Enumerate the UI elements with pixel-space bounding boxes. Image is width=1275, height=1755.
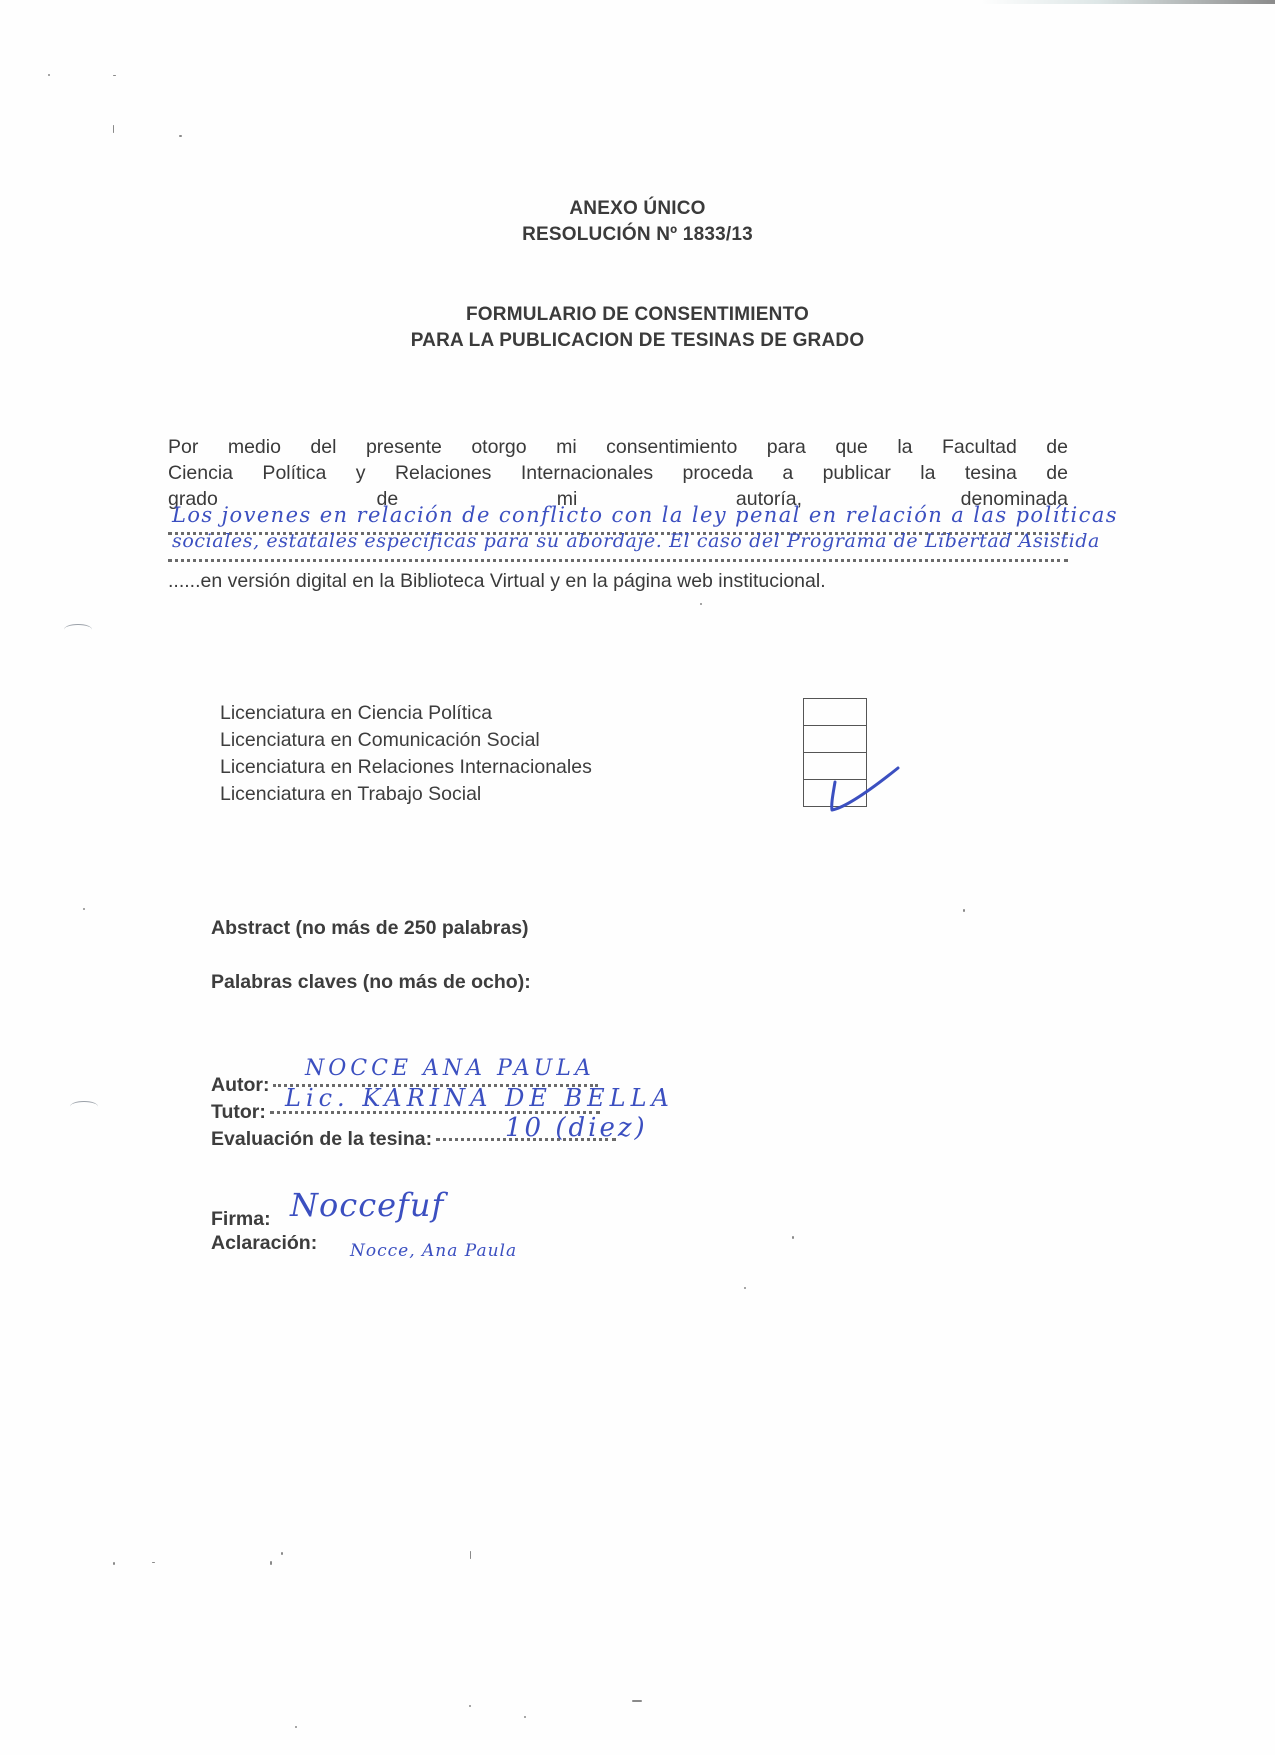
scan-speck xyxy=(963,909,965,912)
scan-mark xyxy=(64,624,92,635)
signature-field: Firma: xyxy=(211,1206,271,1232)
consent-text-line1: Por medio del presente otorgo mi consent… xyxy=(168,434,1068,460)
scan-edge-artifact xyxy=(980,0,1275,4)
scan-speck xyxy=(113,125,114,133)
thesis-title-dotted-line-2 xyxy=(168,559,1068,562)
scanned-form-page: ANEXO ÚNICO RESOLUCIÓN Nº 1833/13 FORMUL… xyxy=(0,0,1275,1755)
scan-speck xyxy=(524,1716,526,1718)
scan-speck xyxy=(270,1561,272,1565)
degree-option-label: Licenciatura en Relaciones Internacional… xyxy=(220,754,592,781)
checkmark-icon xyxy=(823,760,903,820)
scan-mark xyxy=(70,1101,98,1112)
annex-title: ANEXO ÚNICO xyxy=(0,196,1275,222)
scan-speck xyxy=(295,1726,297,1728)
degree-option-label: Licenciatura en Trabajo Social xyxy=(220,781,592,808)
scan-speck xyxy=(113,1562,115,1565)
author-handwritten-value[interactable]: NOCCE ANA PAULA xyxy=(305,1056,595,1081)
signature-handwritten[interactable]: Noccefuf xyxy=(290,1186,444,1224)
degree-option-label: Licenciatura en Ciencia Política xyxy=(220,700,592,727)
degree-options-list: Licenciatura en Ciencia Política Licenci… xyxy=(220,700,592,808)
thesis-title-handwritten-line2[interactable]: sociales, estatales específicas para su … xyxy=(172,530,1100,552)
scan-speck xyxy=(83,908,85,910)
scan-speck xyxy=(179,135,182,137)
scan-speck xyxy=(700,603,702,605)
checkbox-ciencia-politica[interactable] xyxy=(803,698,867,726)
degree-option-label: Licenciatura en Comunicación Social xyxy=(220,727,592,754)
checkbox-comunicacion-social[interactable] xyxy=(803,726,867,753)
scan-speck xyxy=(48,74,50,76)
scan-speck xyxy=(469,1705,471,1707)
tutor-label: Tutor: xyxy=(211,1101,266,1123)
consent-text-line2: Ciencia Política y Relaciones Internacio… xyxy=(168,460,1068,486)
resolution-number: RESOLUCIÓN Nº 1833/13 xyxy=(0,222,1275,248)
author-label: Autor: xyxy=(211,1074,269,1096)
scan-speck xyxy=(632,1700,642,1702)
tutor-handwritten-value[interactable]: Lic. KARINA DE BELLA xyxy=(285,1084,674,1112)
scan-speck xyxy=(470,1551,471,1559)
abstract-label: Abstract (no más de 250 palabras) xyxy=(211,915,529,941)
clarification-handwritten-value[interactable]: Nocce, Ana Paula xyxy=(350,1241,517,1261)
thesis-title-handwritten-line1[interactable]: Los jovenes en relación de conflicto con… xyxy=(172,503,1118,527)
form-title-line2: PARA LA PUBLICACION DE TESINAS DE GRADO xyxy=(0,328,1275,354)
signature-label: Firma: xyxy=(211,1208,271,1230)
consent-closing-line: ......en versión digital en la Bibliotec… xyxy=(168,568,826,594)
clarification-label: Aclaración: xyxy=(211,1232,317,1254)
evaluation-handwritten-value[interactable]: 10 (diez) xyxy=(505,1113,648,1143)
scan-speck xyxy=(152,1562,155,1563)
scan-speck xyxy=(113,75,116,76)
scan-speck xyxy=(744,1287,746,1289)
clarification-field: Aclaración: xyxy=(211,1230,317,1256)
evaluation-label: Evaluación de la tesina: xyxy=(211,1128,432,1150)
scan-speck xyxy=(792,1236,794,1239)
keywords-label: Palabras claves (no más de ocho): xyxy=(211,969,531,995)
form-title-line1: FORMULARIO DE CONSENTIMIENTO xyxy=(0,302,1275,328)
scan-speck xyxy=(281,1552,283,1555)
